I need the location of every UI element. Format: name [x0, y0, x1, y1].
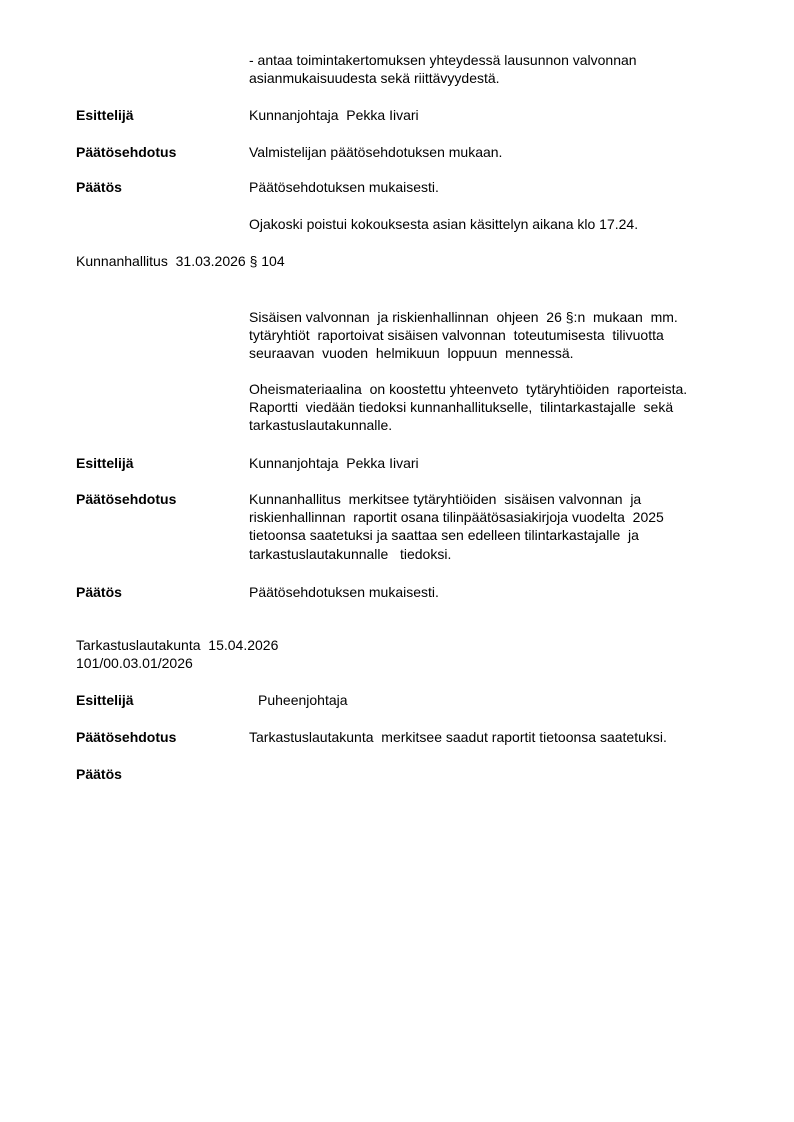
proposal-label: Päätösehdotus [76, 143, 176, 161]
paragraph-line: Raportti viedään tiedoksi kunnanhallituk… [249, 398, 673, 416]
decision-value: Päätösehdotuksen mukaisesti. [249, 583, 439, 601]
proposal-label: Päätösehdotus [76, 490, 176, 508]
reference-number: 101/00.03.01/2026 [76, 654, 193, 672]
presenter-label: Esittelijä [76, 454, 134, 472]
paragraph-line: seuraavan vuoden helmikuun loppuun menne… [249, 344, 574, 362]
presenter-label: Esittelijä [76, 691, 134, 709]
paragraph-line: tytäryhtiöt raportoivat sisäisen valvonn… [249, 326, 664, 344]
decision-note: Ojakoski poistui kokouksesta asian käsit… [249, 215, 638, 233]
decision-label: Päätös [76, 583, 122, 601]
proposal-value: Tarkastuslautakunta merkitsee saadut rap… [249, 728, 667, 746]
proposal-line: Kunnanhallitus merkitsee tytäryhtiöiden … [249, 490, 641, 508]
proposal-line: tarkastuslautakunnalle tiedoksi. [249, 545, 451, 563]
decision-label: Päätös [76, 765, 122, 783]
section-heading-kunnanhallitus: Kunnanhallitus 31.03.2026 § 104 [76, 252, 285, 270]
presenter-value: Kunnanjohtaja Pekka Iivari [249, 106, 419, 124]
paragraph-line: Sisäisen valvonnan ja riskienhallinnan o… [249, 308, 678, 326]
section-heading-tarkastuslautakunta: Tarkastuslautakunta 15.04.2026 [76, 636, 278, 654]
presenter-label: Esittelijä [76, 106, 134, 124]
intro-line-1: - antaa toimintakertomuksen yhteydessä l… [249, 51, 637, 69]
intro-line-2: asianmukaisuudesta sekä riittävyydestä. [249, 69, 500, 87]
proposal-value: Valmistelijan päätösehdotuksen mukaan. [249, 143, 502, 161]
proposal-line: tietoonsa saatetuksi ja saattaa sen edel… [249, 526, 639, 544]
proposal-line: riskienhallinnan raportit osana tilinpää… [249, 508, 664, 526]
decision-label: Päätös [76, 178, 122, 196]
paragraph-line: tarkastuslautakunnalle. [249, 416, 392, 434]
paragraph-line: Oheismateriaalina on koostettu yhteenvet… [249, 380, 687, 398]
presenter-value: Kunnanjohtaja Pekka Iivari [249, 454, 419, 472]
presenter-value: Puheenjohtaja [258, 691, 348, 709]
decision-value: Päätösehdotuksen mukaisesti. [249, 178, 439, 196]
proposal-label: Päätösehdotus [76, 728, 176, 746]
